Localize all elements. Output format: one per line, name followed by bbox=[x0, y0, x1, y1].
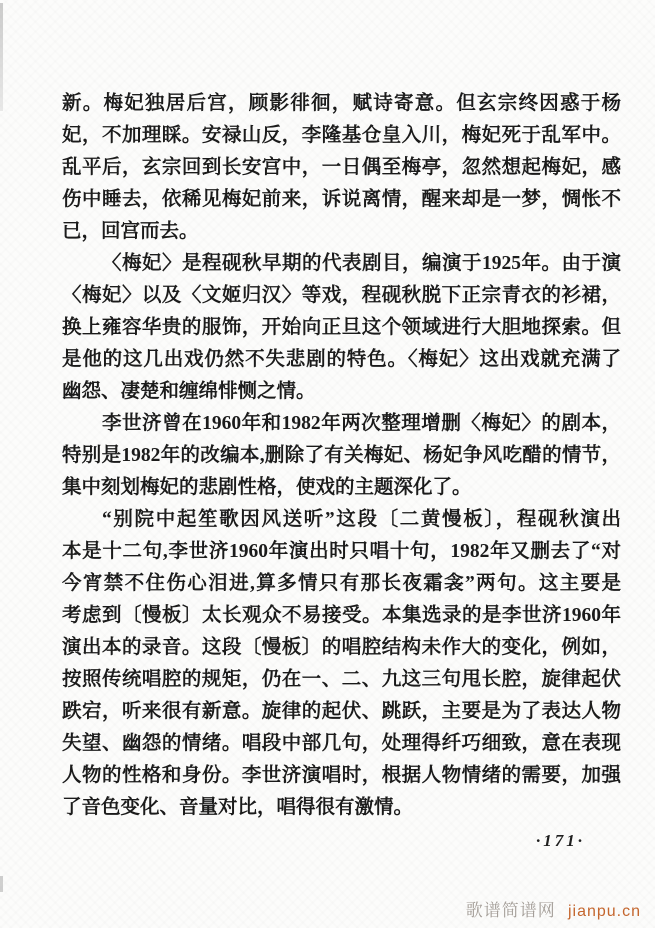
text-line: 考虑到〔慢板〕太长观众不易接受。本集选录的是李世济1960年 bbox=[62, 600, 621, 632]
text-line: 是他的这几出戏仍然不失悲剧的特色。〈梅妃〉这出戏就充满了 bbox=[62, 344, 621, 376]
text-line: 跌宕，听来很有新意。旋律的起伏、跳跃，主要是为了表达人物 bbox=[62, 696, 621, 728]
text-line: 妃，不加理睬。安禄山反，李隆基仓皇入川，梅妃死于乱军中。 bbox=[62, 120, 621, 152]
text-line: 本是十二句,李世济1960年演出时只唱十句，1982年又删去了“对 bbox=[62, 536, 621, 568]
text-line: 今宵禁不住伤心泪进,算多情只有那长夜霜衾”两句。这主要是 bbox=[62, 568, 621, 600]
text-line: 〈梅妃〉以及〈文姬归汉〉等戏，程砚秋脱下正宗青衣的衫裙， bbox=[62, 280, 621, 312]
scan-edge-artifact bbox=[0, 3, 3, 111]
watermark: 歌谱简谱网 jianpu.cn bbox=[466, 896, 641, 921]
scan-speck-artifact bbox=[0, 876, 3, 892]
text-line: 已，回宫而去。 bbox=[62, 216, 621, 248]
text-line: 特别是1982年的改编本,删除了有关梅妃、杨妃争风吃醋的情节， bbox=[62, 440, 621, 472]
book-page: 新。梅妃独居后宫，顾影徘徊，赋诗寄意。但玄宗终因惑于杨妃，不加理睬。安禄山反，李… bbox=[0, 0, 655, 928]
text-line: 伤中睡去，依稀见梅妃前来，诉说离情，醒来却是一梦，惆怅不 bbox=[62, 184, 621, 216]
text-line: 李世济曾在1960年和1982年两次整理增删〈梅妃〉的剧本， bbox=[62, 408, 621, 440]
watermark-site-name: 歌谱简谱网 bbox=[466, 901, 556, 920]
text-line: 〈梅妃〉是程砚秋早期的代表剧目，编演于1925年。由于演出 bbox=[62, 248, 621, 280]
text-line: “别院中起笙歌因风送听”这段〔二黄慢板〕，程砚秋演出 bbox=[62, 504, 621, 536]
text-line: 人物的性格和身份。李世济演唱时，根据人物情绪的需要，加强 bbox=[62, 760, 621, 792]
text-line: 换上雍容华贵的服饰，开始向正旦这个领域进行大胆地探索。但 bbox=[62, 312, 621, 344]
text-line: 新。梅妃独居后宫，顾影徘徊，赋诗寄意。但玄宗终因惑于杨 bbox=[62, 88, 621, 120]
text-line: 乱平后，玄宗回到长安宫中，一日偶至梅亭，忽然想起梅妃，感 bbox=[62, 152, 621, 184]
page-number: ·171· bbox=[536, 831, 585, 851]
text-line: 失望、幽怨的情绪。唱段中部几句，处理得纤巧细致，意在表现 bbox=[62, 728, 621, 760]
text-line: 幽怨、凄楚和缠绵悱恻之情。 bbox=[62, 376, 621, 408]
text-line: 了音色变化、音量对比，唱得很有激情。 bbox=[62, 792, 621, 824]
text-block: 新。梅妃独居后宫，顾影徘徊，赋诗寄意。但玄宗终因惑于杨妃，不加理睬。安禄山反，李… bbox=[62, 88, 621, 824]
watermark-site-url: jianpu.cn bbox=[568, 903, 641, 920]
text-line: 集中刻划梅妃的悲剧性格，使戏的主题深化了。 bbox=[62, 472, 621, 504]
text-line: 演出本的录音。这段〔慢板〕的唱腔结构未作大的变化，例如， bbox=[62, 632, 621, 664]
text-line: 按照传统唱腔的规矩，仍在一、二、九这三句甩长腔，旋律起伏 bbox=[62, 664, 621, 696]
